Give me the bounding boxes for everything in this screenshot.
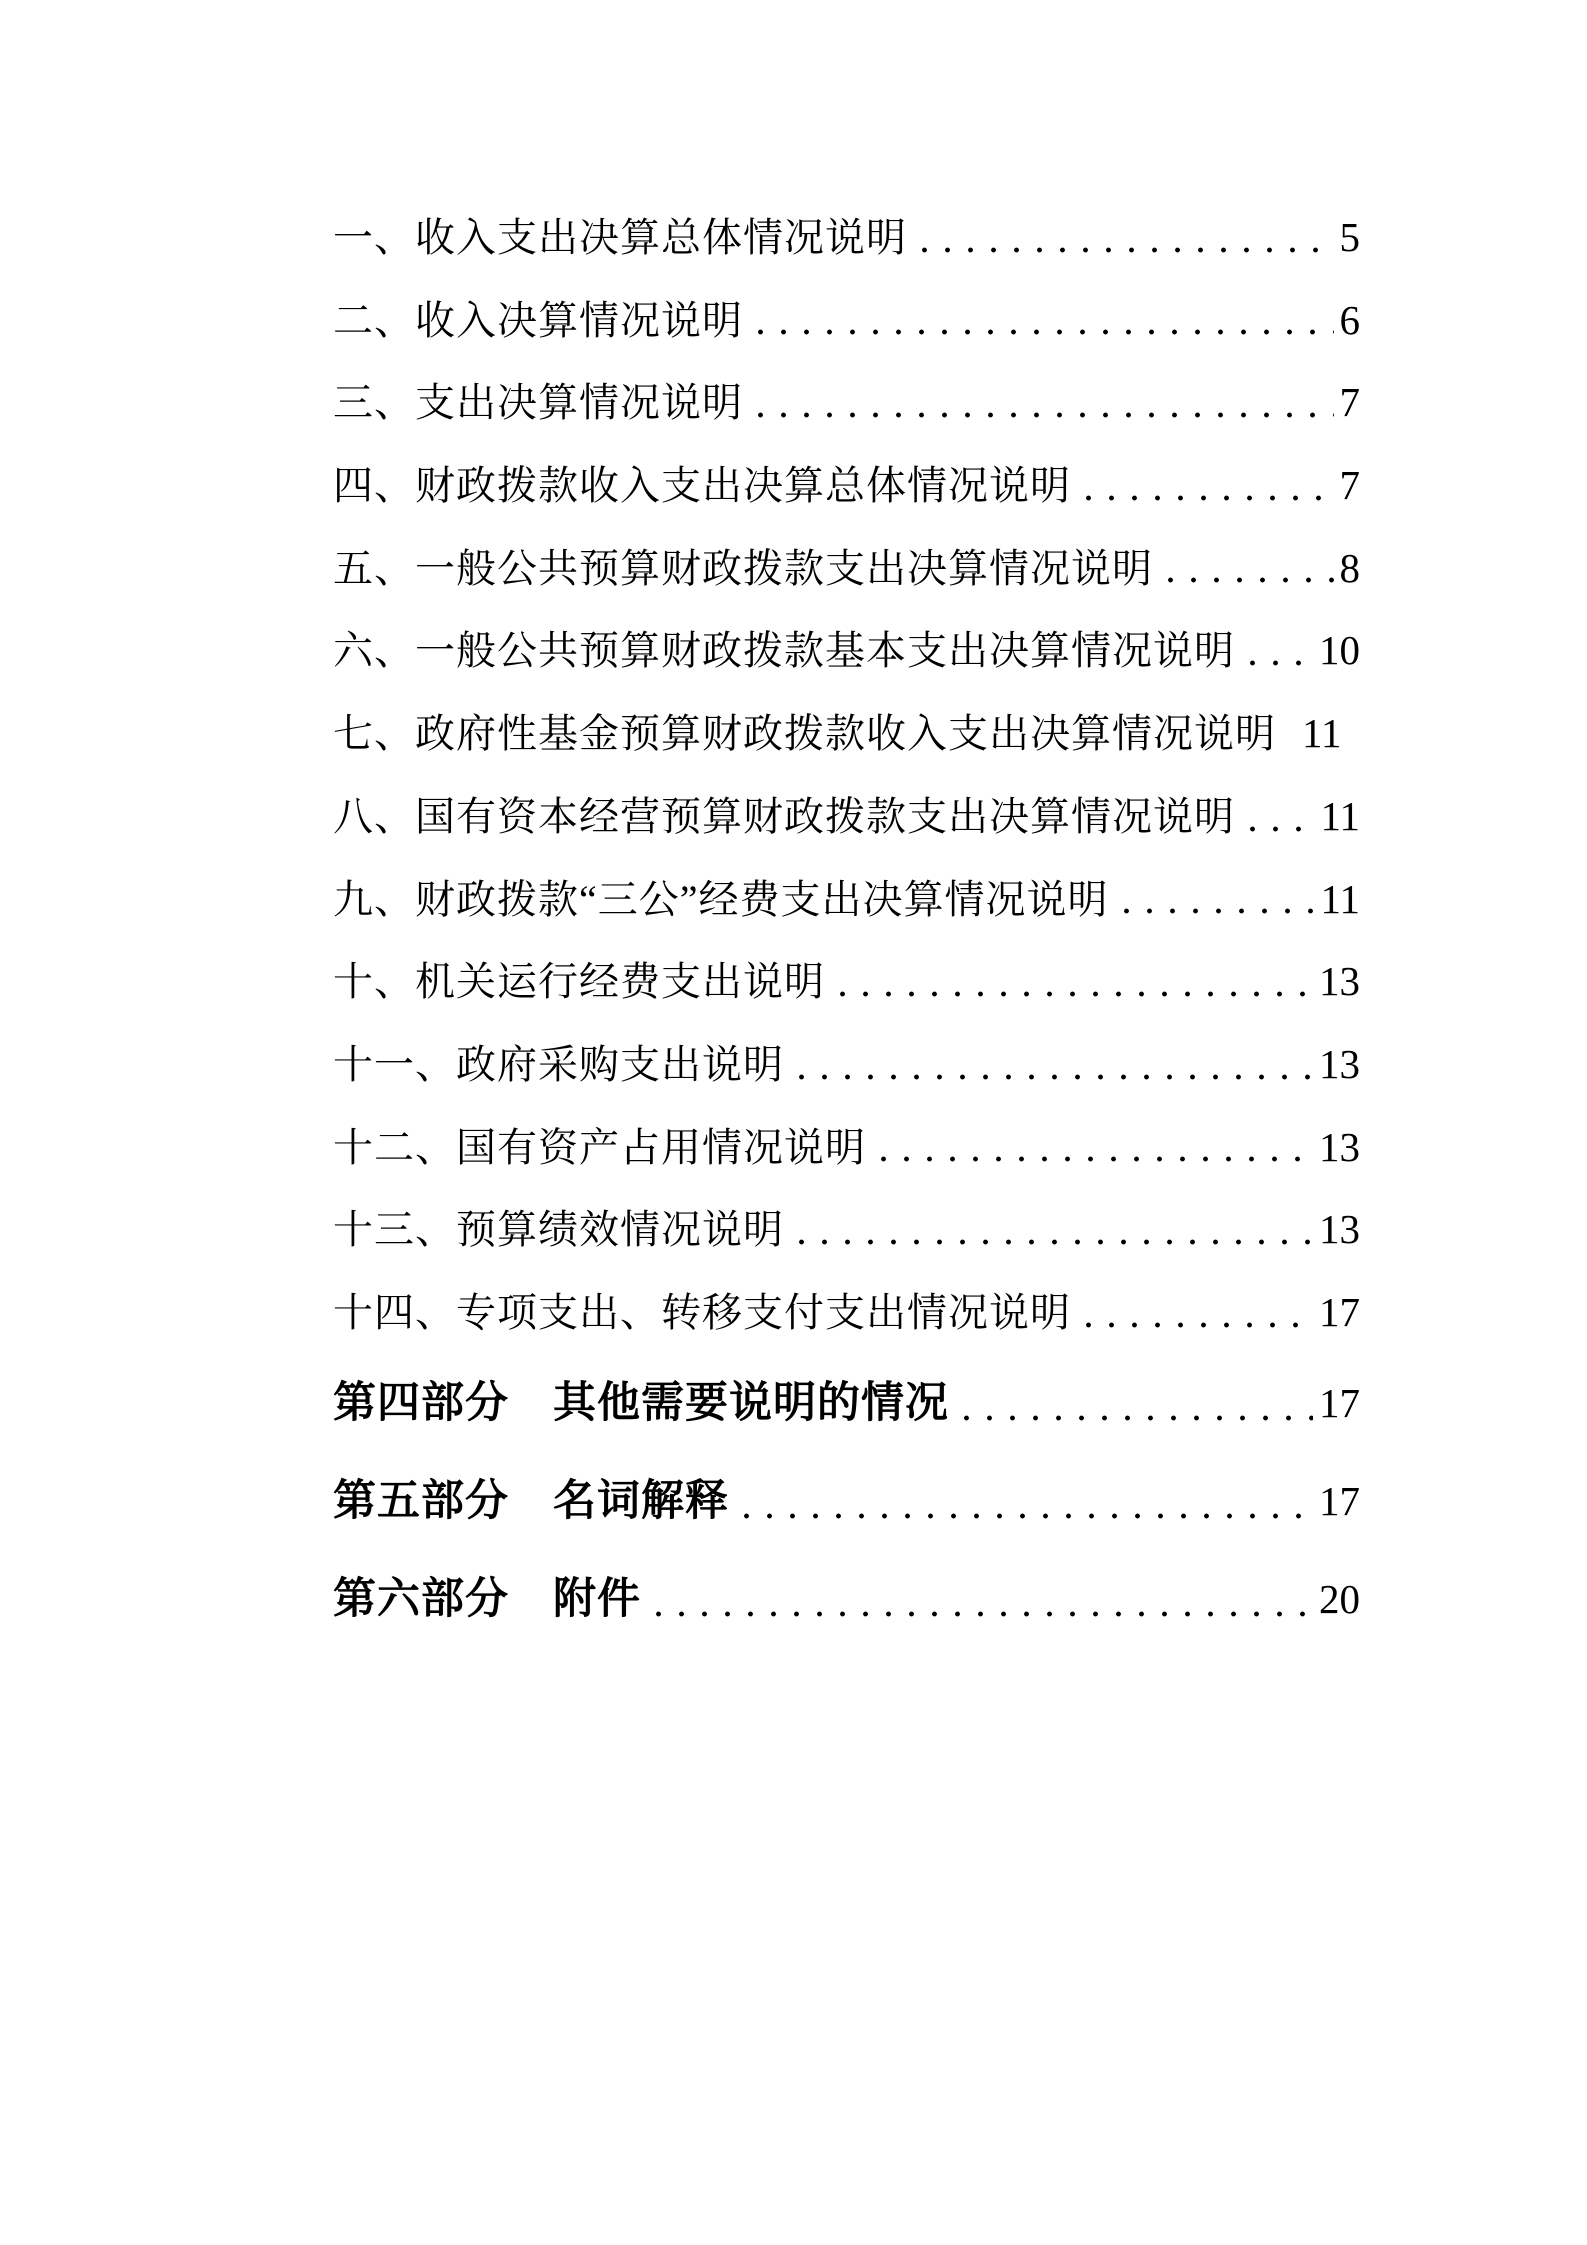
toc-leader-dots: [1278, 692, 1296, 775]
toc-page-number: 13: [1319, 1188, 1360, 1271]
toc-section-entry: 第五部分 名词解释 17: [333, 1452, 1360, 1550]
toc-leader-dots: [731, 1452, 1313, 1550]
toc-page-number: 13: [1319, 940, 1360, 1023]
toc-leader-dots: [1073, 1271, 1313, 1354]
toc-entry-title: 七、政府性基金预算财政拨款收入支出决算情况说明: [333, 693, 1276, 776]
toc-leader-dots: [951, 1354, 1313, 1452]
toc-entry: 十四、专项支出、转移支付支出情况说明 17: [333, 1271, 1360, 1354]
toc-entry-title: 一、收入支出决算总体情况说明: [333, 197, 907, 280]
toc-entry-title: 九、财政拨款“三公”经费支出决算情况说明: [333, 859, 1109, 942]
document-page: 一、收入支出决算总体情况说明 5 二、收入决算情况说明 6 三、支出决算情况说明…: [0, 0, 1587, 2245]
toc-entry-title: 三、支出决算情况说明: [333, 362, 743, 445]
toc-entry-title: 第四部分 其他需要说明的情况: [333, 1354, 949, 1452]
toc-entry-title: 十四、专项支出、转移支付支出情况说明: [333, 1272, 1071, 1355]
toc-page-number: 17: [1319, 1452, 1360, 1550]
toc-entry-title: 八、国有资本经营预算财政拨款支出决算情况说明: [333, 776, 1235, 859]
toc-leader-dots: [745, 279, 1334, 362]
toc-entry: 七、政府性基金预算财政拨款收入支出决算情况说明 11: [333, 692, 1360, 775]
toc-leader-dots: [1237, 609, 1313, 692]
toc-entry: 十二、国有资产占用情况说明 13: [333, 1106, 1360, 1189]
toc-entry: 四、财政拨款收入支出决算总体情况说明 7: [333, 444, 1360, 527]
toc-leader-dots: [827, 940, 1313, 1023]
toc-page-number: 7: [1340, 444, 1361, 527]
table-of-contents: 一、收入支出决算总体情况说明 5 二、收入决算情况说明 6 三、支出决算情况说明…: [333, 196, 1360, 1648]
toc-entry-title: 六、一般公共预算财政拨款基本支出决算情况说明: [333, 610, 1235, 693]
toc-page-number: 10: [1319, 609, 1360, 692]
toc-entry-title: 第五部分 名词解释: [333, 1452, 729, 1550]
toc-leader-dots: [643, 1550, 1313, 1648]
toc-leader-dots: [745, 361, 1334, 444]
toc-entry-title: 第六部分 附件: [333, 1550, 641, 1648]
toc-section-entry: 第四部分 其他需要说明的情况 17: [333, 1354, 1360, 1452]
toc-page-number: 11: [1321, 775, 1360, 858]
toc-page-number: 5: [1340, 196, 1361, 279]
toc-leader-dots: [786, 1023, 1313, 1106]
toc-entry: 三、支出决算情况说明 7: [333, 361, 1360, 444]
toc-entry-title: 四、财政拨款收入支出决算总体情况说明: [333, 445, 1071, 528]
toc-leader-dots: [1237, 775, 1315, 858]
toc-leader-dots: [1073, 444, 1334, 527]
toc-leader-dots: [909, 196, 1334, 279]
toc-entry: 十一、政府采购支出说明 13: [333, 1023, 1360, 1106]
toc-page-number: 6: [1340, 279, 1361, 362]
toc-entry: 一、收入支出决算总体情况说明 5: [333, 196, 1360, 279]
toc-section-entry: 第六部分 附件 20: [333, 1550, 1360, 1648]
toc-page-number: 11: [1321, 858, 1360, 941]
toc-entry: 十三、预算绩效情况说明 13: [333, 1188, 1360, 1271]
toc-entry: 九、财政拨款“三公”经费支出决算情况说明 11: [333, 858, 1360, 941]
toc-entry-title: 二、收入决算情况说明: [333, 280, 743, 363]
toc-page-number: 17: [1319, 1354, 1360, 1452]
toc-page-number: 20: [1319, 1550, 1360, 1648]
toc-entry-title: 十、机关运行经费支出说明: [333, 941, 825, 1024]
toc-entry-title: 十三、预算绩效情况说明: [333, 1189, 784, 1272]
toc-entry: 六、一般公共预算财政拨款基本支出决算情况说明 10: [333, 609, 1360, 692]
toc-leader-dots: [1155, 527, 1334, 610]
toc-page-number: 17: [1319, 1271, 1360, 1354]
toc-leader-dots: [1111, 858, 1315, 941]
toc-entry-title: 五、一般公共预算财政拨款支出决算情况说明: [333, 528, 1153, 611]
toc-page-number: 13: [1319, 1106, 1360, 1189]
toc-entry-title: 十一、政府采购支出说明: [333, 1024, 784, 1107]
toc-page-number: 7: [1340, 361, 1361, 444]
toc-entry: 十、机关运行经费支出说明 13: [333, 940, 1360, 1023]
toc-page-number: 8: [1340, 527, 1361, 610]
toc-entry: 八、国有资本经营预算财政拨款支出决算情况说明 11: [333, 775, 1360, 858]
toc-page-number: 11: [1302, 692, 1341, 775]
toc-entry: 五、一般公共预算财政拨款支出决算情况说明 8: [333, 527, 1360, 610]
toc-leader-dots: [786, 1188, 1313, 1271]
toc-page-number: 13: [1319, 1023, 1360, 1106]
toc-leader-dots: [868, 1106, 1313, 1189]
toc-entry-title: 十二、国有资产占用情况说明: [333, 1107, 866, 1190]
toc-entry: 二、收入决算情况说明 6: [333, 279, 1360, 362]
